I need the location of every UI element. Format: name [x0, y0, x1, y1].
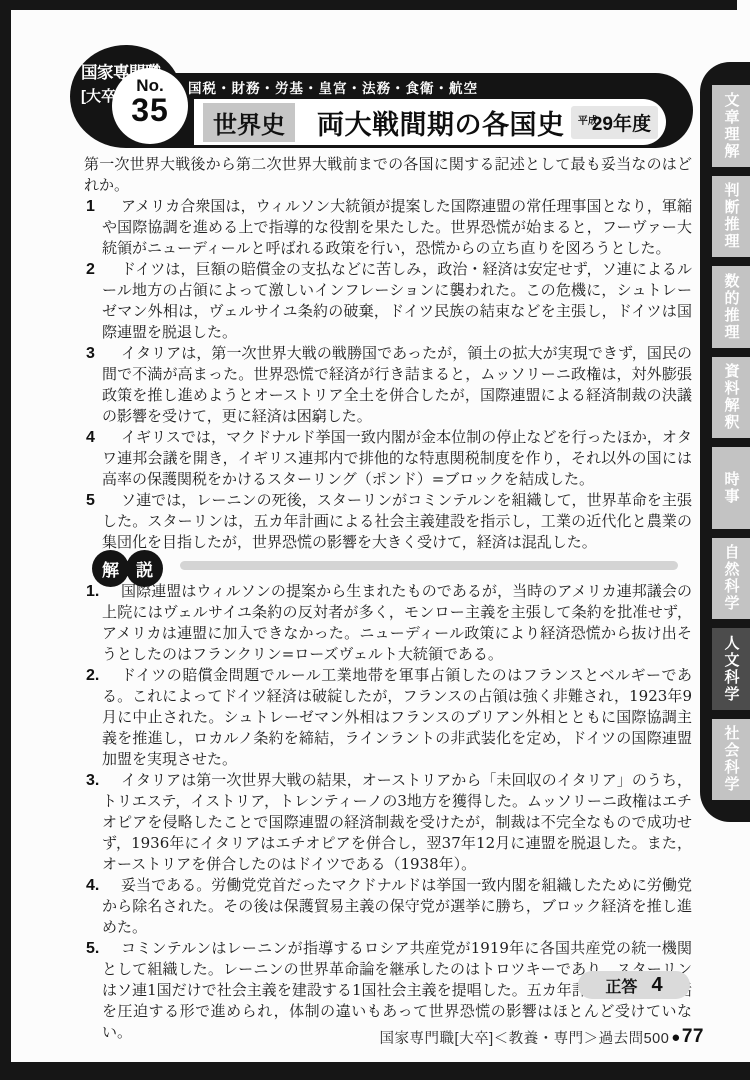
explanation-number: 4.	[86, 875, 99, 896]
sidebar-tab-4[interactable]: 時事	[712, 447, 750, 529]
era-label: 平成	[578, 117, 589, 127]
question-number-badge: No. 35	[112, 68, 188, 144]
option-text: ソ連では，レーニンの死後，スターリンがコミンテルンを組織して，世界革命を主張した…	[102, 490, 692, 553]
option-number: 2	[86, 259, 95, 280]
explanation-number: 5.	[86, 938, 99, 959]
footer-bullet-icon: ●	[671, 1030, 681, 1045]
explanation-item-4: 4. 妥当である。労働党党首だったマクドナルドは挙国一致内閣を組織したために労働…	[84, 875, 692, 938]
explanation-item-2: 2. ドイツの賠償金問題でルール工業地帯を軍事占領したのはフランスとベルギーであ…	[84, 665, 692, 770]
page-edge-top	[0, 0, 737, 10]
explanation-text: ドイツの賠償金問題でルール工業地帯を軍事占領したのはフランスとベルギーである。こ…	[102, 665, 692, 770]
explanation-badge-char2: 説	[126, 550, 163, 587]
option-number: 1	[86, 196, 95, 217]
sidebar-tab-1[interactable]: 判断推理	[712, 176, 750, 258]
sidebar-tab-2[interactable]: 数的推理	[712, 266, 750, 348]
sidebar-tab-7[interactable]: 社会科学	[712, 719, 750, 801]
exam-year-badge: 平成 29年度	[571, 106, 658, 139]
explanation-text: 国際連盟はウィルソンの提案から生まれたものであるが，当時のアメリカ連邦議会の上院…	[102, 581, 692, 665]
exam-category-tags: 国税・財務・労基・皇宮・法務・食衛・航空	[188, 77, 478, 97]
option-number: 5	[86, 490, 95, 511]
option-number: 3	[86, 343, 95, 364]
header-title-strip: 世界史 両大戦間期の各国史 平成 29年度	[194, 99, 666, 145]
sidebar-tab-0[interactable]: 文章理解	[712, 85, 750, 167]
explanation-number: 1.	[86, 581, 99, 602]
page-footer: 国家専門職[大卒]＜教養・専門＞過去問500 ● 77	[380, 1026, 704, 1048]
footer-book-title: 国家専門職[大卒]＜教養・専門＞過去問500	[380, 1027, 670, 1048]
sidebar-tab-5[interactable]: 自然科学	[712, 538, 750, 620]
question-stem: 第一次世界大戦後から第二次世界大戦前までの各国に関する記述として最も妥当なのはど…	[84, 154, 692, 196]
option-2: 2 ドイツは，巨額の賠償金の支払などに苦しみ，政治・経済は安定せず，ソ連によるル…	[84, 259, 692, 343]
correct-answer-badge: 正答 4	[578, 971, 690, 999]
question-number: 35	[112, 94, 188, 127]
explanation-item-3: 3. イタリアは第一次世界大戦の結果，オーストリアから「未回収のイタリア」のうち…	[84, 770, 692, 875]
option-3: 3 イタリアは，第一次世界大戦の戦勝国であったが，領土の拡大が実現できず，国民の…	[84, 343, 692, 427]
option-5: 5 ソ連では，レーニンの死後，スターリンがコミンテルンを組織して，世界革命を主張…	[84, 490, 692, 553]
page-edge-bottom	[0, 1062, 750, 1080]
year-label: 29年度	[592, 109, 651, 136]
explanation-text: イタリアは第一次世界大戦の結果，オーストリアから「未回収のイタリア」のうち，トリ…	[102, 770, 692, 875]
option-text: アメリカ合衆国は，ウィルソン大統領が提案した国際連盟の常任理事国となり，軍縮や国…	[102, 196, 692, 259]
book-page: 国税・財務・労基・皇宮・法務・食衛・航空 世界史 両大戦間期の各国史 平成 29…	[0, 0, 750, 1080]
header-bar: 国税・財務・労基・皇宮・法務・食衛・航空 世界史 両大戦間期の各国史 平成 29…	[126, 73, 693, 148]
explanation-item-1: 1. 国際連盟はウィルソンの提案から生まれたものであるが，当時のアメリカ連邦議会…	[84, 581, 692, 665]
explanation-badge-char1: 解	[92, 550, 129, 587]
answer-label: 正答	[605, 974, 637, 997]
subject-badge: 世界史	[203, 103, 295, 142]
page-edge-left	[0, 0, 11, 1080]
question-block: 第一次世界大戦後から第二次世界大戦前までの各国に関する記述として最も妥当なのはど…	[84, 154, 692, 553]
option-text: イタリアは，第一次世界大戦の戦勝国であったが，領土の拡大が実現できず，国民の間で…	[102, 343, 692, 427]
explanation-number: 3.	[86, 770, 99, 791]
page-title: 両大戦間期の各国史	[317, 103, 565, 142]
option-1: 1 アメリカ合衆国は，ウィルソン大統領が提案した国際連盟の常任理事国となり，軍縮…	[84, 196, 692, 259]
page-number: 77	[682, 1026, 704, 1048]
sidebar-tab-3[interactable]: 資料解釈	[712, 357, 750, 439]
explanation-text: 妥当である。労働党党首だったマクドナルドは挙国一致内閣を組織したために労働党から…	[102, 875, 692, 938]
option-4: 4 イギリスでは，マクドナルド挙国一致内閣が金本位制の停止などを行ったほか，オタ…	[84, 427, 692, 490]
category-tab-rail: 文章理解 判断推理 数的推理 資料解釈 時事 自然科学 人文科学 社会科学	[700, 62, 750, 822]
option-number: 4	[86, 427, 95, 448]
option-text: イギリスでは，マクドナルド挙国一致内閣が金本位制の停止などを行ったほか，オタワ連…	[102, 427, 692, 490]
explanation-number: 2.	[86, 665, 99, 686]
option-text: ドイツは，巨額の賠償金の支払などに苦しみ，政治・経済は安定せず，ソ連によるルール…	[102, 259, 692, 343]
sidebar-tab-6[interactable]: 人文科学	[712, 628, 750, 710]
explanation-divider	[180, 561, 678, 570]
answer-value: 4	[651, 974, 662, 997]
